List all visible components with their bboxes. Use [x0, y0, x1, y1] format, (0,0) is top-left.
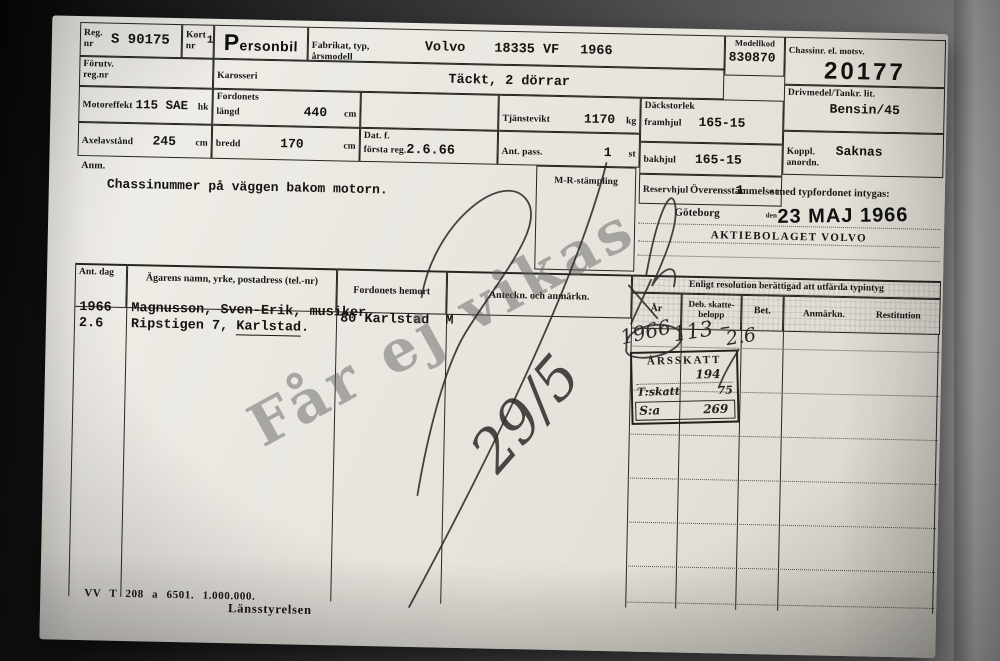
pen-strokes	[67, 22, 946, 652]
pen-stroke-loop	[417, 189, 531, 497]
form-grid: Reg. nr S 90175 Kort nr 1 Personbil Fabr…	[67, 22, 946, 652]
pen-stroke-diagonal	[409, 159, 606, 611]
pen-stroke-cross-1	[631, 280, 651, 324]
photo-background: Reg. nr S 90175 Kort nr 1 Personbil Fabr…	[0, 0, 1000, 661]
pen-stroke-signature	[646, 198, 677, 287]
registration-card: Reg. nr S 90175 Kort nr 1 Personbil Fabr…	[39, 15, 948, 658]
background-right-band	[954, 0, 1000, 661]
pen-stroke-tick	[719, 349, 739, 387]
pen-stroke-oval	[626, 324, 682, 358]
pen-stroke-cross-2	[628, 286, 658, 319]
